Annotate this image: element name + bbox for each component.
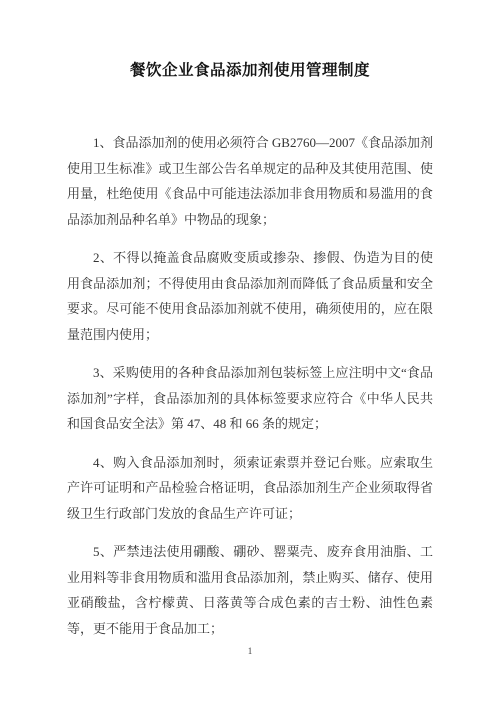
document-body: 1、食品添加剂的使用必须符合 GB2760—2007《食品添加剂使用卫生标准》或… xyxy=(67,130,433,641)
paragraph-item-1: 1、食品添加剂的使用必须符合 GB2760—2007《食品添加剂使用卫生标准》或… xyxy=(67,130,433,232)
paragraph-item-5: 5、严禁违法使用硼酸、硼砂、罂粟壳、废弃食用油脂、工业用料等非食用物质和滥用食品… xyxy=(67,539,433,641)
paragraph-item-2: 2、不得以掩盖食品腐败变质或掺杂、掺假、伪造为目的使用食品添加剂；不得使用由食品… xyxy=(67,245,433,347)
paragraph-item-4: 4、购入食品添加剂时，须索证索票并登记台账。应索取生产许可证明和产品检验合格证明… xyxy=(67,450,433,527)
page-number: 1 xyxy=(0,645,500,657)
document-title: 餐饮企业食品添加剂使用管理制度 xyxy=(0,0,500,81)
document-page: 餐饮企业食品添加剂使用管理制度 1、食品添加剂的使用必须符合 GB2760—20… xyxy=(0,0,500,707)
paragraph-item-3: 3、采购使用的各种食品添加剂包装标签上应注明中文“食品添加剂”字样，食品添加剂的… xyxy=(67,360,433,437)
